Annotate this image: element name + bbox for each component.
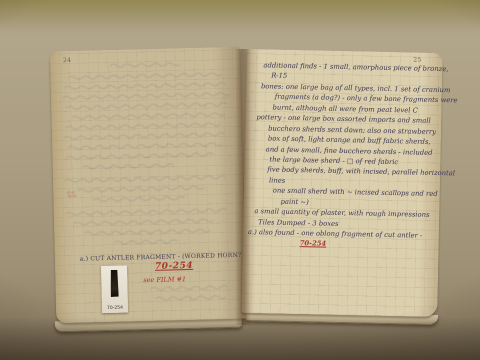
artifact-photo-card: 70-254 (101, 266, 128, 314)
left-page: 24 22 a.) CUT ANTLER FRAGMENT - (WORKED … (50, 47, 247, 324)
photo-card-caption: 70-254 (102, 306, 128, 312)
right-page: 25 additional finds - 1 small, amorphous… (241, 49, 442, 317)
notebook-photograph: 24 22 a.) CUT ANTLER FRAGMENT - (WORKED … (0, 0, 480, 360)
showthrough-red-number: 22 (67, 191, 76, 199)
antler-fragment-image (110, 270, 119, 297)
catalog-number-left: 70-254 (155, 261, 193, 272)
handwritten-notes: additional finds - 1 small, amorphous pi… (260, 60, 442, 252)
film-note: see FILM #1 (143, 275, 186, 284)
open-notebook: 24 22 a.) CUT ANTLER FRAGMENT - (WORKED … (38, 44, 448, 336)
